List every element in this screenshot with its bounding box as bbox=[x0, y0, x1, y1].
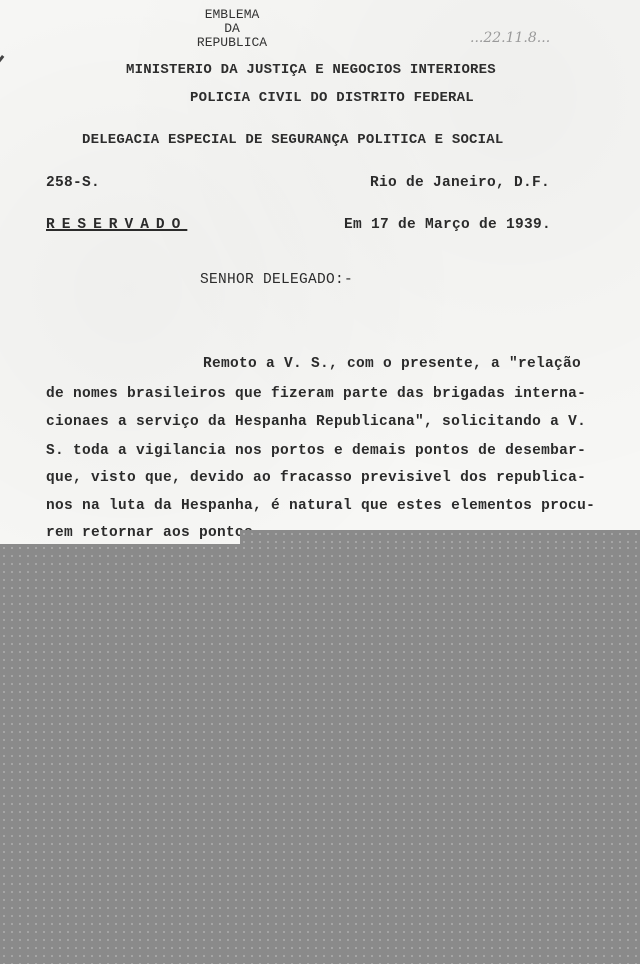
reference-number: 258-S. bbox=[46, 175, 100, 191]
body-line: nos na luta da Hespanha, é natural que e… bbox=[46, 498, 595, 514]
handwritten-note: ...22.11.8... bbox=[470, 30, 550, 46]
emblem-line-2: DA bbox=[172, 22, 292, 35]
pen-mark bbox=[0, 55, 4, 104]
place: Rio de Janeiro, D.F. bbox=[370, 175, 550, 191]
body-line: cionaes a serviço da Hespanha Republican… bbox=[46, 414, 586, 430]
police-header: POLICIA CIVIL DO DISTRITO FEDERAL bbox=[190, 90, 474, 106]
redaction-mask bbox=[0, 544, 640, 964]
document-page: EMBLEMA DA REPUBLICA ...22.11.8... MINIS… bbox=[0, 0, 640, 964]
department-header: DELEGACIA ESPECIAL DE SEGURANÇA POLITICA… bbox=[82, 132, 503, 148]
ministry-header: MINISTERIO DA JUSTIÇA E NEGOCIOS INTERIO… bbox=[126, 62, 496, 78]
emblem-line-3: REPUBLICA bbox=[172, 36, 292, 49]
date: Em 17 de Março de 1939. bbox=[344, 217, 551, 233]
classification-label: RESERVADO bbox=[46, 217, 187, 233]
emblem-line-1: EMBLEMA bbox=[172, 8, 292, 21]
salutation: SENHOR DELEGADO:- bbox=[200, 272, 353, 288]
body-line: de nomes brasileiros que fizeram parte d… bbox=[46, 386, 586, 402]
body-line: S. toda a vigilancia nos portos e demais… bbox=[46, 443, 586, 459]
body-line: rem retornar aos pontos bbox=[46, 525, 253, 541]
body-line: que, visto que, devido ao fracasso previ… bbox=[46, 470, 586, 486]
body-line: Remoto a V. S., com o presente, a "relaç… bbox=[203, 356, 581, 372]
